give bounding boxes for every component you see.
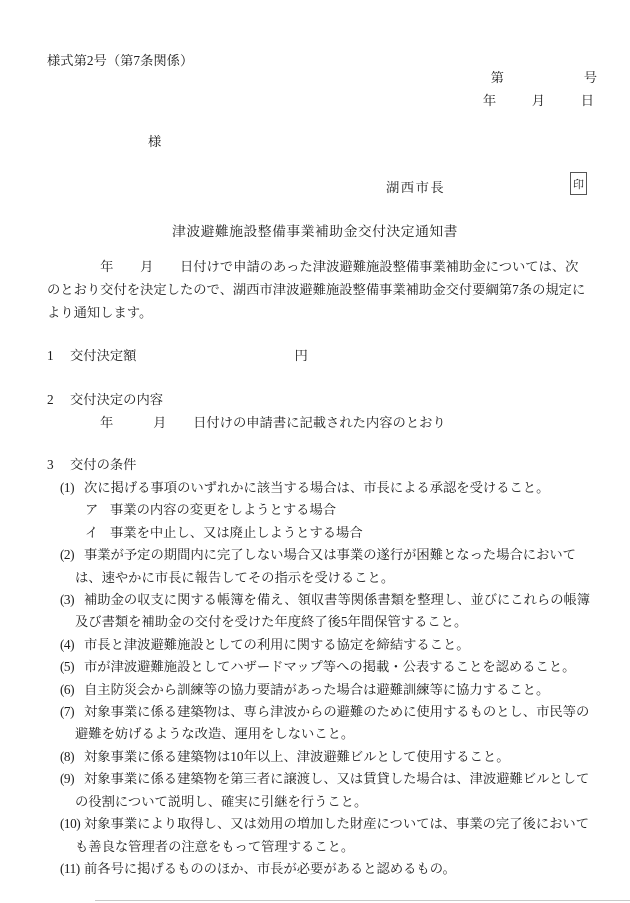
sender-name: 湖西市長 — [386, 177, 445, 196]
document-date-blank: 年 月 日 — [483, 89, 597, 112]
condition-text: は、速やかに市長に報告してその指示を受けること。 — [75, 570, 394, 585]
condition-text: 事業の内容の変更をしようとする場合 — [110, 502, 336, 517]
condition-marker: ア — [85, 499, 98, 521]
condition-marker: イ — [85, 522, 98, 544]
section-heading: 交付の条件 — [70, 457, 136, 472]
section-heading: 交付決定額 — [70, 348, 136, 363]
condition-text: 事業を中止し、又は廃止しようとする場合 — [110, 525, 363, 540]
condition-text: 市長と津波避難施設としての利用に関する協定を締結すること。 — [84, 637, 470, 652]
condition-item-2: (2)事業が予定の期間内に完了しない場合又は事業の遂行が困難となった場合において — [47, 544, 602, 566]
condition-subitem-a: ア事業の内容の変更をしようとする場合 — [47, 499, 602, 521]
condition-item-7: (7)対象事業に係る建築物は、専ら津波からの避難のために使用するものとし、市民等… — [47, 701, 602, 723]
body-line: のとおり交付を決定したので、湖西市津波避難施設整備事業補助金交付要綱第7条の規定… — [47, 278, 592, 301]
seal-stamp-box: 印 — [570, 172, 587, 195]
condition-item-11: (11)前各号に掲げるもののほか、市長が必要があると認めるもの。 — [47, 858, 602, 880]
condition-marker: (5) — [60, 656, 74, 678]
section-grant-contents: 2交付決定の内容 — [47, 389, 163, 408]
document-meta-block: 第 号 年 月 日 — [483, 66, 597, 112]
condition-text: 市が津波避難施設としてハザードマップ等への掲載・公表することを認めること。 — [84, 659, 575, 674]
section-grant-amount: 1交付決定額円 — [47, 345, 308, 364]
document-title: 津波避難施設整備事業補助金交付決定通知書 — [0, 220, 630, 240]
seal-character: 印 — [573, 176, 584, 192]
section-number: 1 — [47, 348, 70, 364]
condition-item-3: (3)補助金の収支に関する帳簿を備え、領収書等関係書類を整理し、並びにこれらの帳… — [47, 589, 602, 611]
condition-marker: (4) — [60, 634, 74, 656]
section-number: 3 — [47, 457, 70, 473]
condition-marker: (7) — [60, 701, 74, 723]
condition-item-4: (4)市長と津波避難施設としての利用に関する協定を締結すること。 — [47, 634, 602, 656]
condition-subitem-i: イ事業を中止し、又は廃止しようとする場合 — [47, 522, 602, 544]
condition-marker: (8) — [60, 746, 74, 768]
condition-marker: (6) — [60, 679, 74, 701]
form-number-label: 様式第2号（第7条関係） — [47, 50, 193, 69]
condition-item-9-continued: の役割について説明し、確実に引継を行うこと。 — [47, 791, 602, 813]
notice-body-paragraph: 年 月 日付けで申請のあった津波避難施設整備事業補助金については、次 のとおり交… — [47, 255, 592, 325]
condition-marker: (10) — [60, 813, 80, 835]
condition-item-5: (5)市が津波避難施設としてハザードマップ等への掲載・公表することを認めること。 — [47, 656, 602, 678]
condition-text: 事業が予定の期間内に完了しない場合又は事業の遂行が困難となった場合において — [84, 547, 576, 562]
condition-item-8: (8)対象事業に係る建築物は10年以上、津波避難ビルとして使用すること。 — [47, 746, 602, 768]
condition-item-7-continued: 避難を妨げるような改造、運用をしないこと。 — [47, 723, 602, 745]
condition-marker: (3) — [60, 589, 74, 611]
condition-text: 対象事業により取得し、又は効用の増加した財産については、事業の完了後において — [84, 816, 589, 831]
condition-marker: (1) — [60, 477, 74, 499]
condition-marker: (2) — [60, 544, 74, 566]
body-line: 年 月 日付けで申請のあった津波避難施設整備事業補助金については、次 — [47, 255, 592, 278]
condition-text: 避難を妨げるような改造、運用をしないこと。 — [75, 726, 354, 741]
body-line: より通知します。 — [47, 301, 592, 324]
condition-text: 対象事業に係る建築物を第三者に譲渡し、又は賃貸した場合は、津波避難ビルとして — [84, 771, 589, 786]
conditions-list: (1)次に掲げる事項のいずれかに該当する場合は、市長による承認を受けること。 ア… — [47, 477, 602, 880]
page-bottom-scan-edge — [95, 900, 630, 901]
addressee-honorific: 様 — [148, 131, 161, 150]
condition-text: も善良な管理者の注意をもって管理すること。 — [75, 839, 354, 854]
condition-text: 補助金の収支に関する帳簿を備え、領収書等関係書類を整理し、並びにこれらの帳簿 — [84, 592, 590, 607]
amount-unit-yen: 円 — [294, 348, 307, 363]
section-grant-conditions: 3交付の条件 — [47, 454, 136, 473]
condition-text: 自主防災会から訓練等の協力要請があった場合は避難訓練等に協力すること。 — [84, 682, 549, 697]
condition-text: 次に掲げる事項のいずれかに該当する場合は、市長による承認を受けること。 — [84, 480, 549, 495]
condition-text: 前各号に掲げるもののほか、市長が必要があると認めるもの。 — [84, 861, 456, 876]
document-page: 様式第2号（第7条関係） 第 号 年 月 日 様 湖西市長 印 津波避難施設整備… — [0, 0, 630, 903]
condition-text: 対象事業に係る建築物は10年以上、津波避難ビルとして使用すること。 — [84, 749, 510, 764]
section-heading: 交付決定の内容 — [70, 392, 163, 407]
condition-item-3-continued: 及び書類を補助金の交付を受けた年度終了後5年間保管すること。 — [47, 611, 602, 633]
condition-text: の役割について説明し、確実に引継を行うこと。 — [75, 794, 367, 809]
condition-item-2-continued: は、速やかに市長に報告してその指示を受けること。 — [47, 567, 602, 589]
condition-item-1: (1)次に掲げる事項のいずれかに該当する場合は、市長による承認を受けること。 — [47, 477, 602, 499]
section-grant-contents-detail: 年 月 日付けの申請書に記載された内容のとおり — [100, 412, 446, 431]
condition-text: 及び書類を補助金の交付を受けた年度終了後5年間保管すること。 — [75, 614, 467, 629]
condition-marker: (11) — [60, 858, 80, 880]
condition-item-9: (9)対象事業に係る建築物を第三者に譲渡し、又は賃貸した場合は、津波避難ビルとし… — [47, 768, 602, 790]
document-number-blank: 第 号 — [483, 66, 597, 89]
condition-item-10: (10)対象事業により取得し、又は効用の増加した財産については、事業の完了後にお… — [47, 813, 602, 835]
condition-marker: (9) — [60, 768, 74, 790]
condition-item-6: (6)自主防災会から訓練等の協力要請があった場合は避難訓練等に協力すること。 — [47, 679, 602, 701]
condition-text: 対象事業に係る建築物は、専ら津波からの避難のために使用するものとし、市民等の — [84, 704, 589, 719]
section-number: 2 — [47, 392, 70, 408]
condition-item-10-continued: も善良な管理者の注意をもって管理すること。 — [47, 836, 602, 858]
